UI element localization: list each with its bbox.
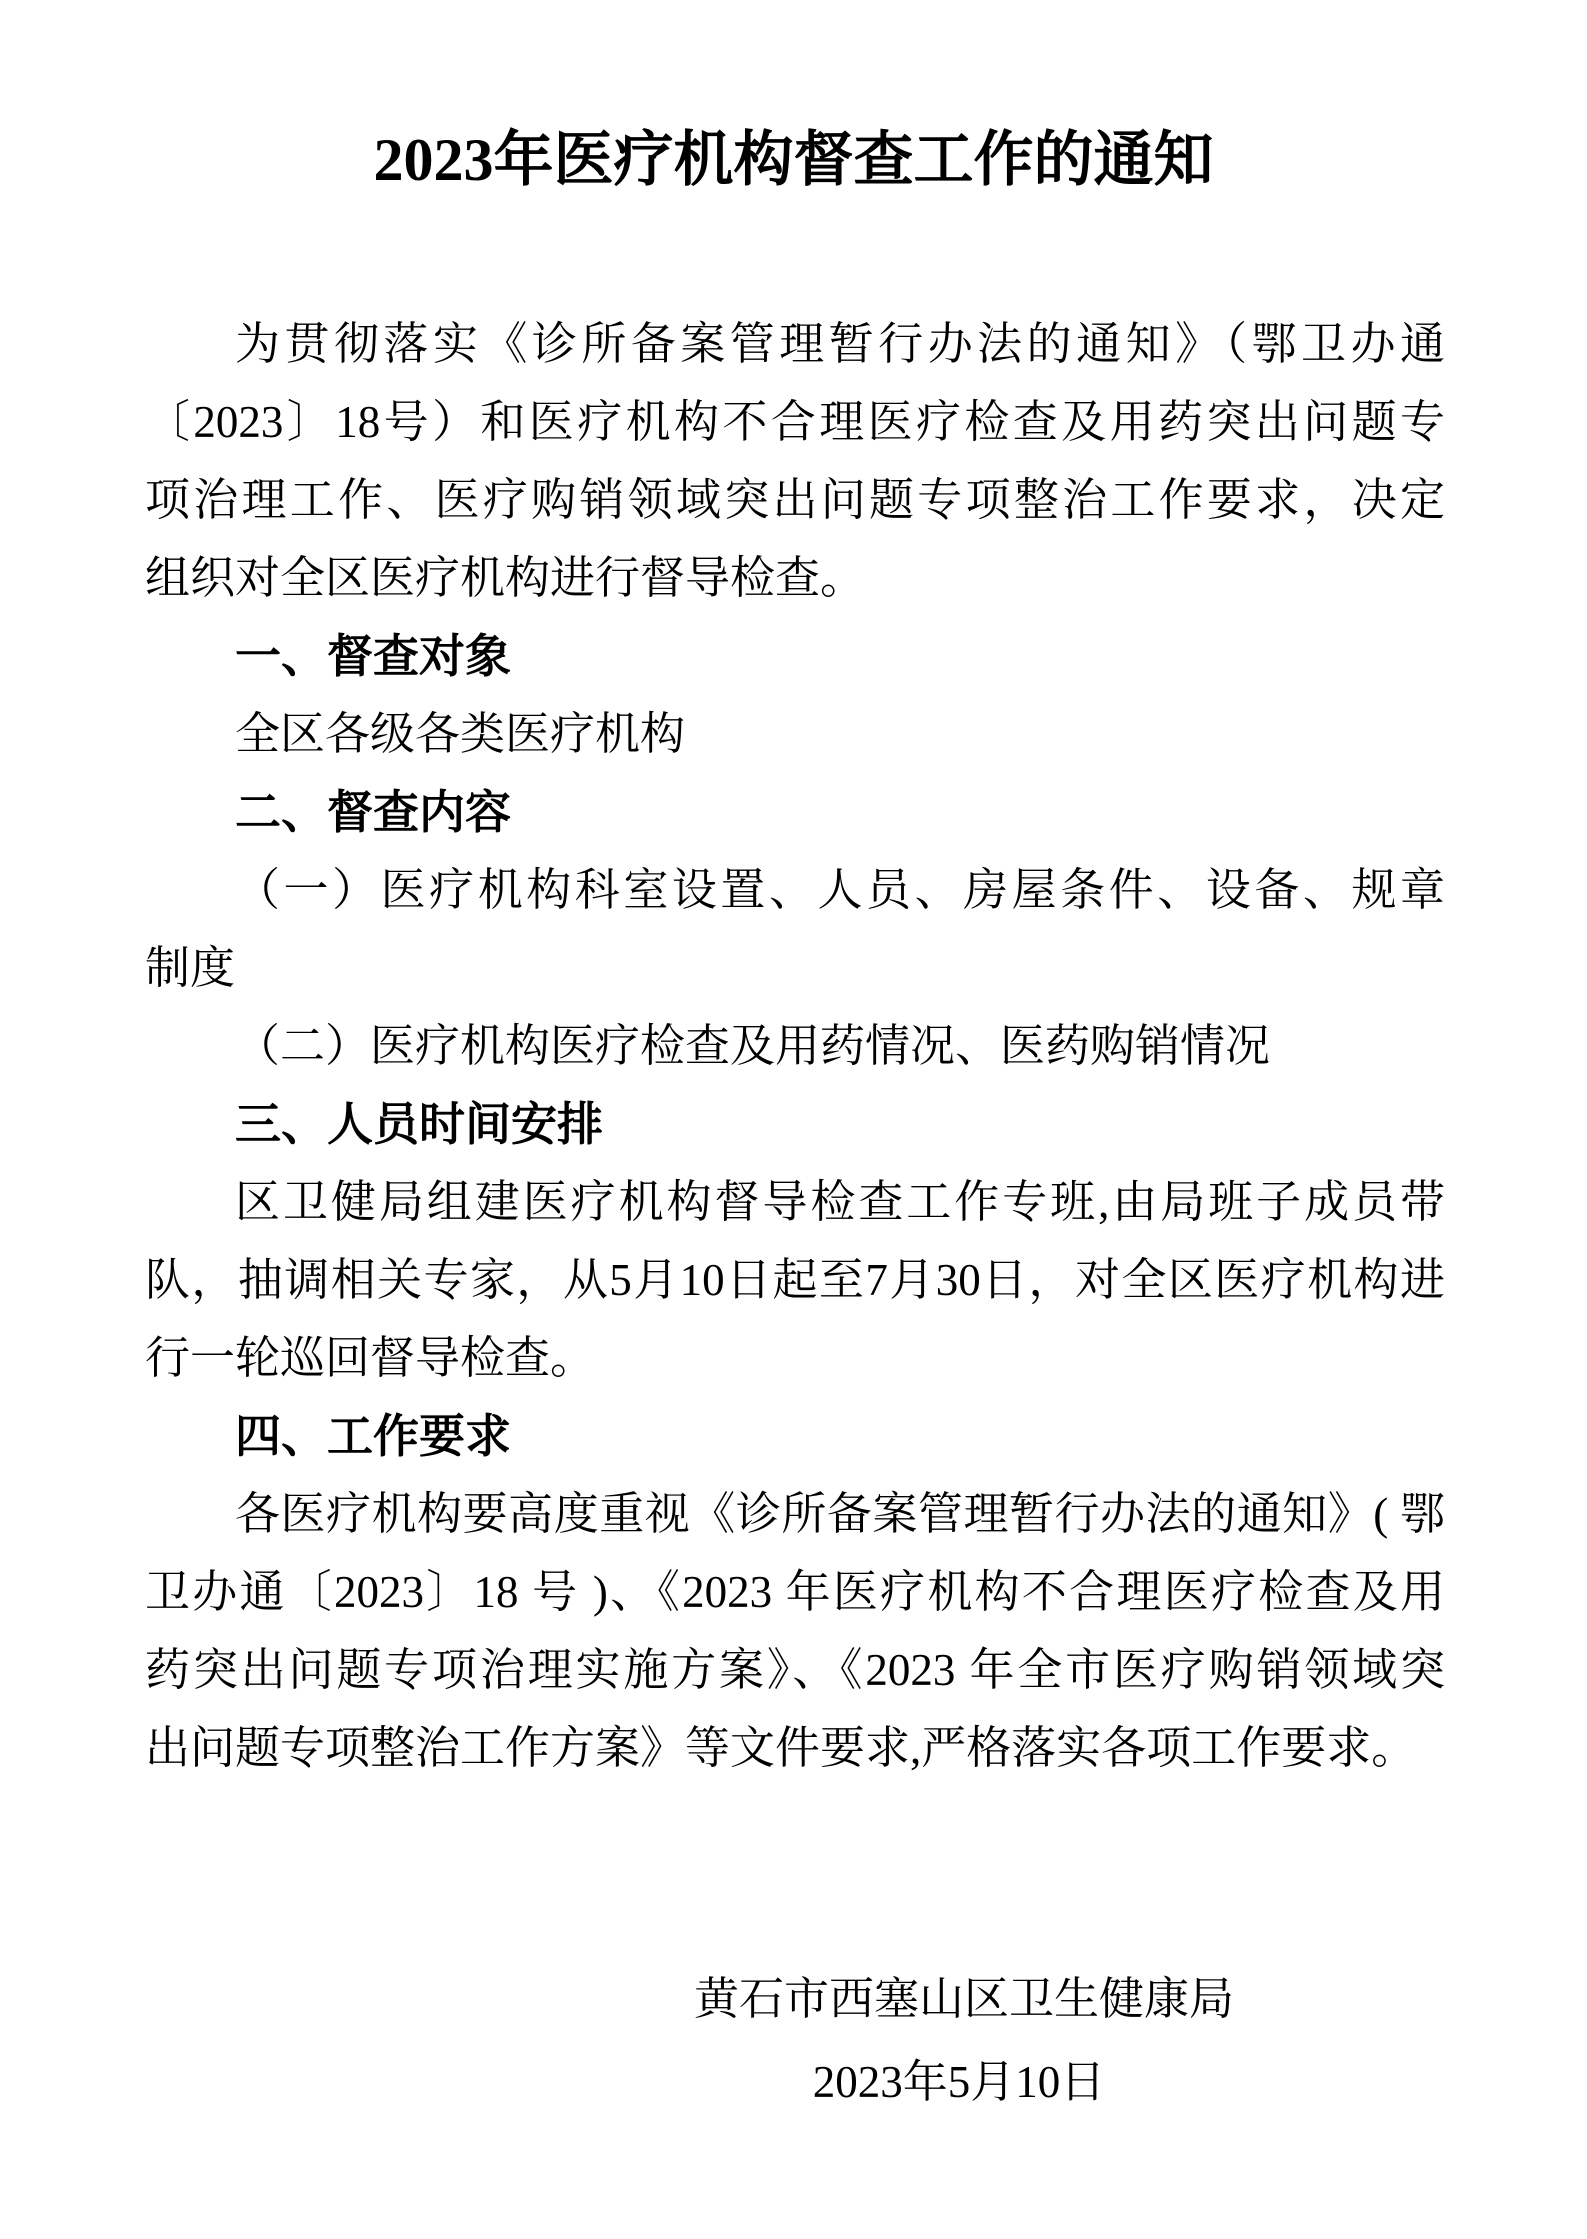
document-title: 2023年医疗机构督查工作的通知 [0,118,1587,202]
document-line: 药突出问题专项治理实施方案》、《2023 年全市医疗购销领域突 [145,1631,1445,1709]
paragraph: （一）医疗机构科室设置、人员、房屋条件、设备、规章制度 [145,851,1445,1007]
document-page: 2023年医疗机构督查工作的通知 为贯彻落实《诊所备案管理暂行办法的通知》（鄂卫… [0,0,1587,2239]
paragraph: 为贯彻落实《诊所备案管理暂行办法的通知》（鄂卫办通〔2023〕18号）和医疗机构… [145,305,1445,617]
document-line: 卫办通〔2023〕18 号 )、《2023 年医疗机构不合理医疗检查及用 [145,1553,1445,1631]
document-line: 组织对全区医疗机构进行督导检查。 [145,539,1445,617]
section-heading: 三、人员时间安排 [145,1085,1445,1163]
document-line: （二）医疗机构医疗检查及用药情况、医药购销情况 [145,1007,1445,1085]
document-line: 各医疗机构要高度重视《诊所备案管理暂行办法的通知》( 鄂 [145,1475,1445,1553]
paragraph: 全区各级各类医疗机构 [145,695,1445,773]
document-line: 出问题专项整治工作方案》等文件要求,严格落实各项工作要求。 [145,1709,1445,1787]
document-line: 〔2023〕18号）和医疗机构不合理医疗检查及用药突出问题专 [145,383,1445,461]
document-line: 为贯彻落实《诊所备案管理暂行办法的通知》（鄂卫办通 [145,305,1445,383]
paragraph: 区卫健局组建医疗机构督导检查工作专班,由局班子成员带队，抽调相关专家，从5月10… [145,1163,1445,1397]
document-line: 二、督查内容 [145,773,1445,851]
document-line: 行一轮巡回督导检查。 [145,1319,1445,1397]
section-heading: 二、督查内容 [145,773,1445,851]
document-line: 四、工作要求 [145,1397,1445,1475]
section-heading: 四、工作要求 [145,1397,1445,1475]
issuing-authority: 黄石市西塞山区卫生健康局 [694,1960,1224,2038]
issue-date: 2023年5月10日 [694,2043,1224,2121]
document-line: 三、人员时间安排 [145,1085,1445,1163]
document-line: 项治理工作、医疗购销领域突出问题专项整治工作要求，决定 [145,461,1445,539]
paragraph: 各医疗机构要高度重视《诊所备案管理暂行办法的通知》( 鄂卫办通〔2023〕18 … [145,1475,1445,1787]
document-line: 一、督查对象 [145,617,1445,695]
document-body: 为贯彻落实《诊所备案管理暂行办法的通知》（鄂卫办通〔2023〕18号）和医疗机构… [145,305,1445,1787]
document-line: 队，抽调相关专家，从5月10日起至7月30日，对全区医疗机构进 [145,1241,1445,1319]
document-line: 制度 [145,929,1445,1007]
document-line: 全区各级各类医疗机构 [145,695,1445,773]
section-heading: 一、督查对象 [145,617,1445,695]
paragraph: （二）医疗机构医疗检查及用药情况、医药购销情况 [145,1007,1445,1085]
document-line: （一）医疗机构科室设置、人员、房屋条件、设备、规章 [145,851,1445,929]
document-line: 区卫健局组建医疗机构督导检查工作专班,由局班子成员带 [145,1163,1445,1241]
signature-block: 黄石市西塞山区卫生健康局 2023年5月10日 [694,1960,1224,2121]
